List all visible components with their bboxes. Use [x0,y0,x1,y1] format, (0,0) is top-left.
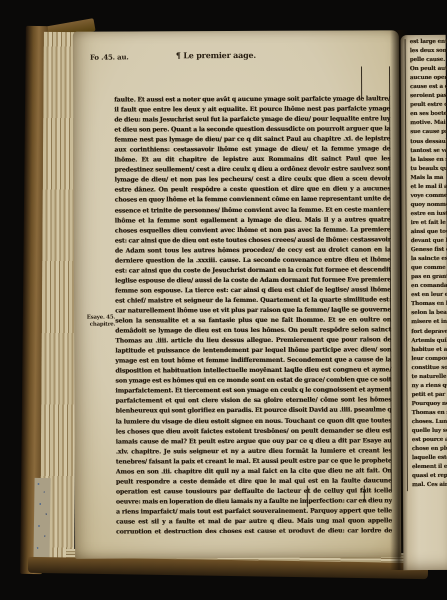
book-page: Fo .45. au. ¶ Le premier aage. faulte. E… [73,30,401,558]
facing-page-text-line: habitue et acor [411,345,447,354]
facing-page-text-line: chose en plusie [412,445,447,454]
book-photo: Fo .45. au. ¶ Le premier aage. faulte. E… [0,0,447,600]
facing-page-text-line: pas en grant [411,273,447,282]
printed-rule-tick [307,486,308,507]
facing-page-text-line: Artemis quil [411,336,447,345]
margin-note-line: chapitre. [81,321,115,328]
facing-page-text-line: constitue son f [411,364,447,373]
facing-page-text-line: ny a riens que fo [411,382,447,391]
facing-page-text-line: element il esten [412,463,447,472]
facing-page-text-line: Genese fist et [411,246,447,255]
facing-page-text-line: pelle cause. d [410,56,447,65]
facing-page-text-line: aucune operati [410,74,447,83]
facing-page-text-line: est large entre [410,38,447,47]
facing-page-text-line: seroient pas d [410,92,447,101]
facing-page-text-line: sue cause pri [410,128,447,137]
facing-page-text-line: est pource a ce [412,436,447,445]
facing-page-text-line: tantost se va el [410,146,447,155]
facing-page-text-column: est large entreles deux sont ppelle caus… [410,38,447,490]
facing-page-text-line: estre en iustice [411,210,447,219]
running-head-title: ¶ Le premier aage. [73,49,359,60]
facing-page-text-line: devant que li [411,237,447,246]
facing-page-text-line: que comme ap [411,264,447,273]
facing-page-text-line: mal. Ces ains [412,481,447,490]
marbled-edge-decoration [33,478,50,566]
facing-page-text-line: Pourquoy nous [412,400,447,409]
facing-page-text-line: On peult aut [410,65,447,74]
facing-page-text-line: te naturelle u [411,373,447,382]
facing-page-text-line: voye comment [410,192,447,201]
facing-page-text-line: la saincte escri [411,255,447,264]
facing-page-text-line: cause est a di [410,83,447,92]
facing-page-text-line: leur composees [411,355,447,364]
printed-rule-tick [361,66,363,98]
facing-page-text-line: en ses boetes [410,110,447,119]
printed-rule-tick [364,485,365,501]
facing-page-text-line: les deux sont p [410,47,447,56]
page-gutter-shadow [390,30,408,570]
facing-page-text-line: choses. Lune q [412,418,447,427]
facing-page-text-line: ire et fait le [411,219,447,228]
facing-page-text-line: ainsi que tout [411,228,447,237]
facing-page-text-line: Thomas en l [411,300,447,309]
facing-page-text-line: en comandant [411,282,447,291]
facing-page-text-line: tu beaulx quel [410,165,447,174]
facing-page-text-line: quasi et reputa [412,472,447,481]
facing-page-text-line: est en leur ep [411,291,447,300]
facing-page-text-line: Mais la ma [410,174,447,183]
margin-note-line: Esaye. 45. [81,315,115,322]
facing-page-text-line: misere et infel [411,318,447,327]
facing-page-text-line: tous dessaulx [410,137,447,146]
facing-page-text-line: fort deprave et [411,327,447,336]
facing-page-text-line: peult estre cri [410,101,447,110]
margin-note: Esaye. 45. chapitre. [81,315,115,328]
facing-page-text-line: motive. Mai [410,119,447,128]
facing-page-text-line: quoy nommer [410,201,447,210]
body-text-block: faulte. Et aussi est a noter que avât q … [114,94,392,533]
facing-page-text-line: Thomas en s [412,409,447,418]
facing-page-text-line: selon la beatit [411,309,447,318]
facing-page-text-line: la laisse en so [410,155,447,164]
facing-page-text-line: laquelle estoit p [412,454,447,463]
facing-page-text-line: quelle luy semb [412,427,447,436]
facing-page-text-line: et le mal il a [410,183,447,192]
facing-page-text-line: petit et par fac [411,391,447,400]
